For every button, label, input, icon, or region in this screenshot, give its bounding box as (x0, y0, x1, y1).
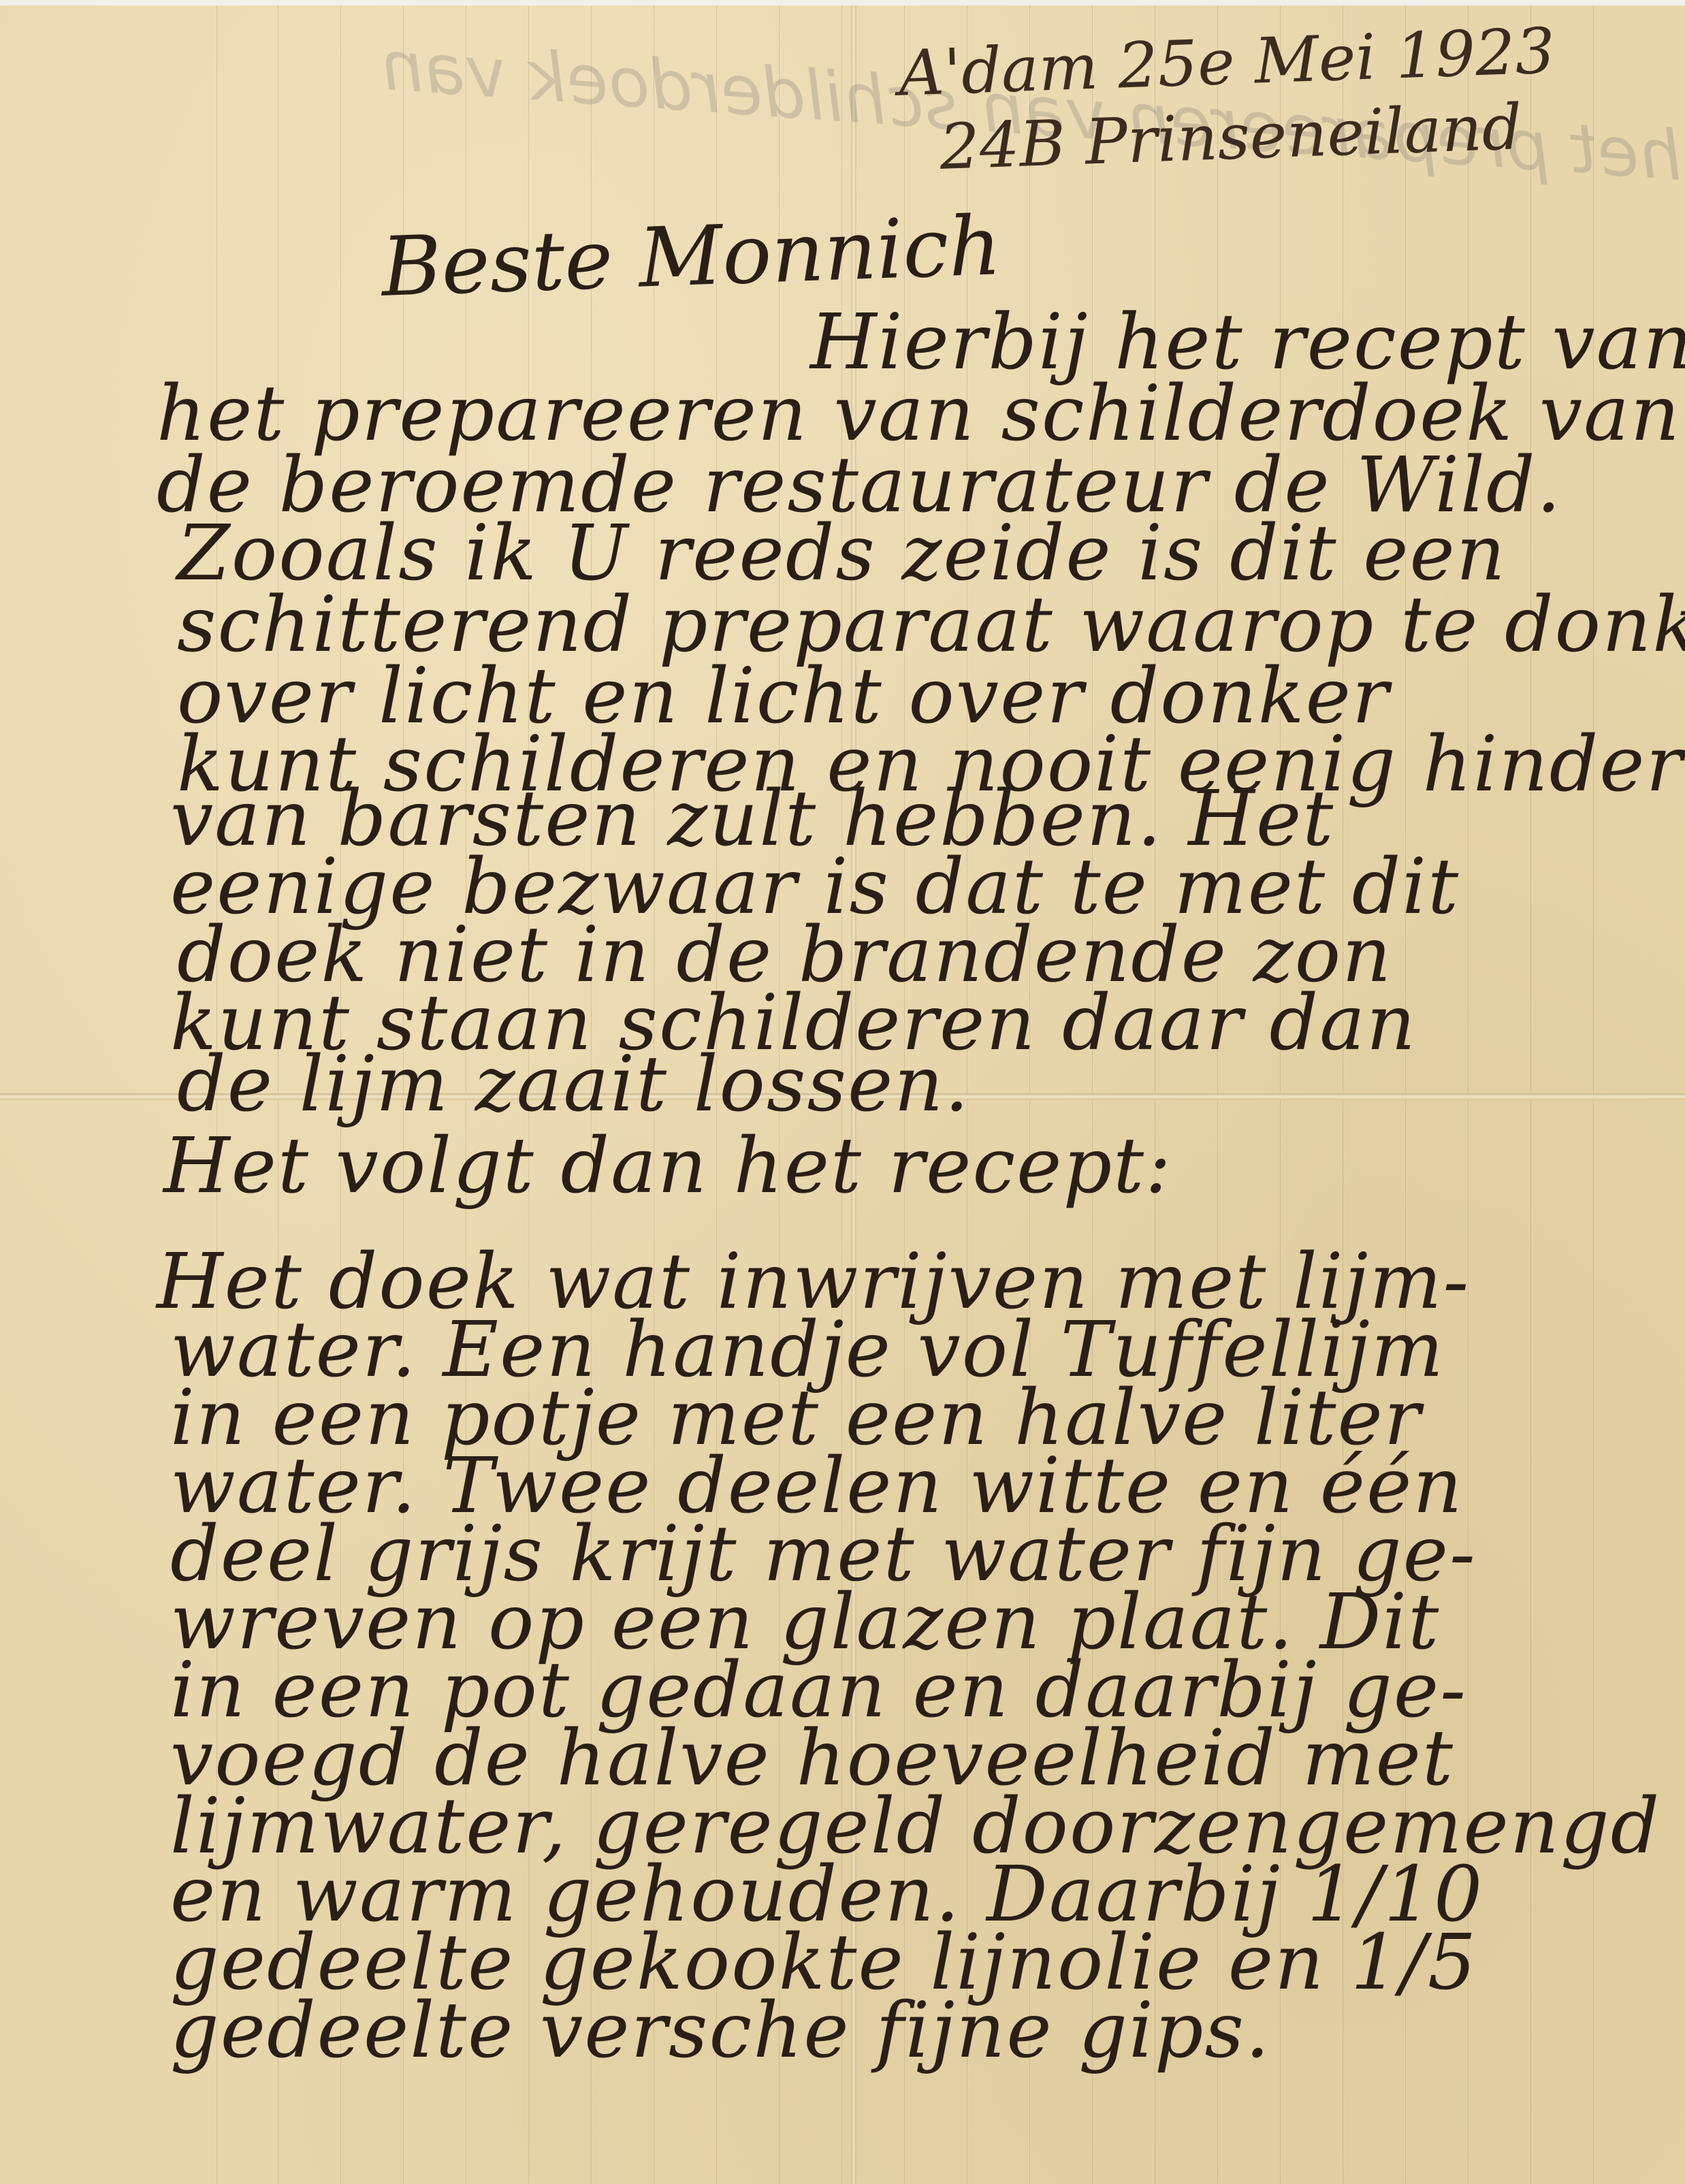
body-line: de lijm zaait lossen. (177, 1040, 970, 1129)
body-line: Het volgt dan het recept: (163, 1122, 1172, 1210)
letter-page: het prepareeren van schilderdoek van A'd… (0, 5, 1685, 2184)
body-line: gedeelte versche fijne gips. (170, 1987, 1271, 2075)
